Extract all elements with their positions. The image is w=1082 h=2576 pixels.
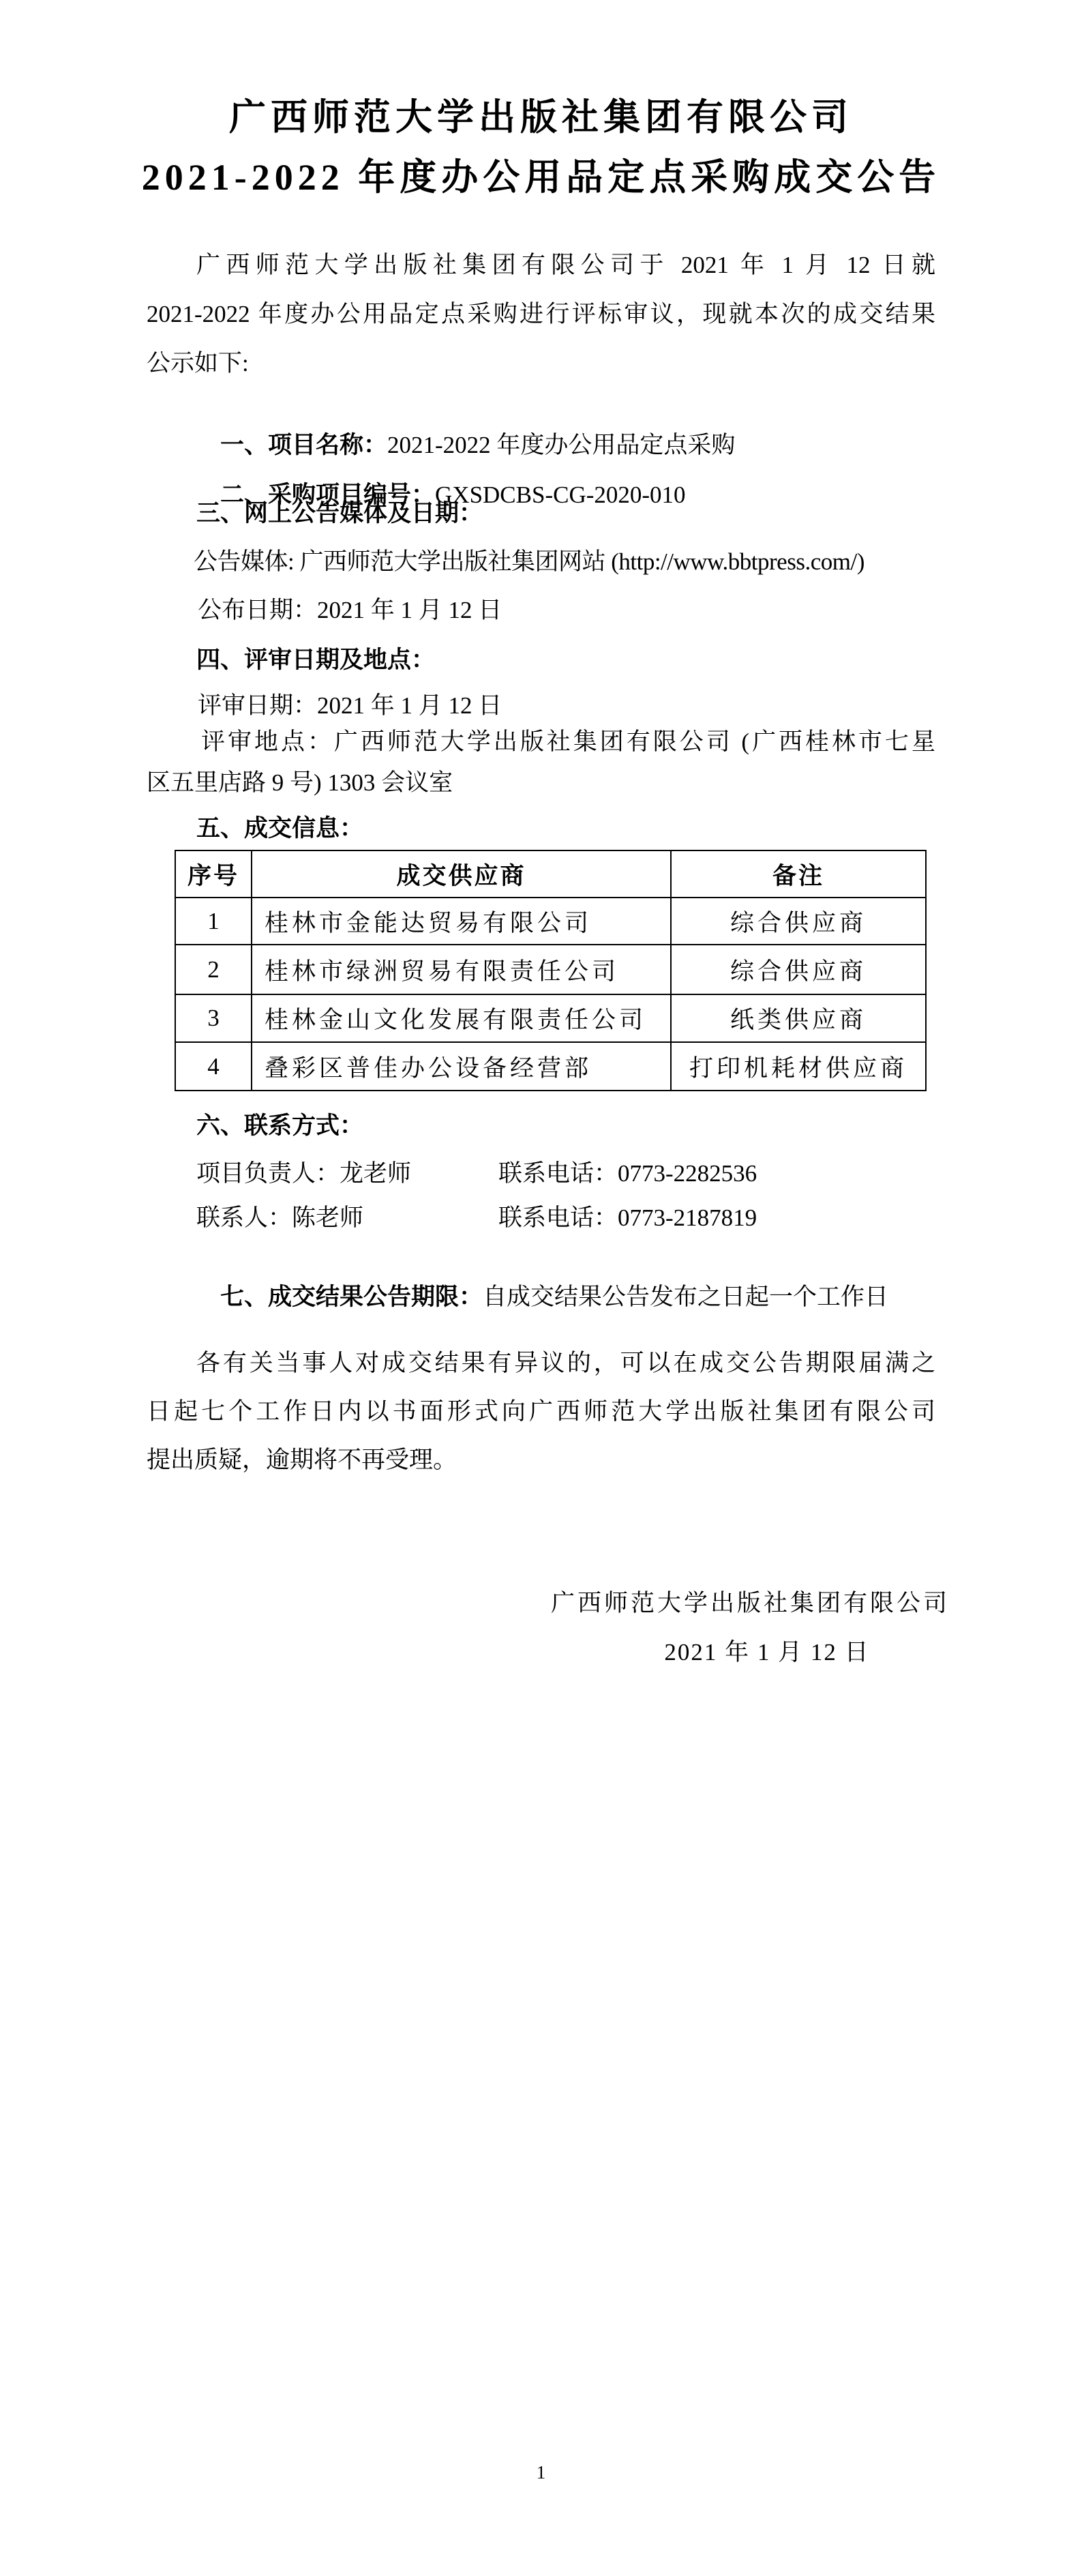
signature-company: 广西师范大学出版社集团有限公司: [409, 1588, 950, 1619]
contact-line-1-phone: 联系电话：0773-2282536: [498, 1158, 757, 1189]
document-page: 广西师范大学出版社集团有限公司 2021-2022 年度办公用品定点采购成交公告…: [0, 0, 1082, 2576]
table-row: 4 叠彩区普佳办公设备经营部 打印机耗材供应商: [175, 1042, 926, 1091]
table-header-row: 序号 成交供应商 备注: [175, 850, 926, 898]
section-5-heading: 五、成交信息：: [196, 813, 363, 844]
intro-line-3: 公示如下:: [147, 348, 249, 379]
closing-line-3: 提出质疑，逾期将不再受理。: [147, 1445, 457, 1476]
page-title-line2: 2021-2022 年度办公用品定点采购成交公告: [0, 156, 1082, 199]
intro-line-1: 广西师范大学出版社集团有限公司于 2021 年 1 月 12 日就: [147, 250, 935, 281]
contact-line-2-phone: 联系电话：0773-2187819: [498, 1202, 757, 1234]
section-6-heading: 六、联系方式：: [196, 1110, 363, 1142]
review-place-line-2: 区五里店路 9 号) 1303 会议室: [147, 767, 453, 799]
intro-line-2: 2021-2022 年度办公用品定点采购进行评标审议，现就本次的成交结果: [147, 299, 935, 330]
row-remark: 综合供应商: [671, 945, 926, 994]
row-index: 3: [175, 994, 252, 1042]
review-date-line: 评审日期：2021 年 1 月 12 日: [198, 690, 502, 722]
row-supplier: 叠彩区普佳办公设备经营部: [252, 1042, 671, 1091]
table-row: 2 桂林市绿洲贸易有限责任公司 综合供应商: [175, 945, 926, 994]
row-supplier: 桂林市金能达贸易有限公司: [252, 898, 671, 945]
contact-line-1-left: 项目负责人：龙老师: [196, 1158, 411, 1189]
table-row: 1 桂林市金能达贸易有限公司 综合供应商: [175, 898, 926, 945]
closing-line-1: 各有关当事人对成交结果有异议的，可以在成交公告期限届满之: [147, 1348, 935, 1379]
publish-date-line: 公布日期：2021 年 1 月 12 日: [198, 595, 502, 626]
row-supplier: 桂林金山文化发展有限责任公司: [252, 994, 671, 1042]
section-4-heading: 四、评审日期及地点：: [196, 645, 435, 676]
col-header-index: 序号: [175, 850, 252, 898]
row-remark: 打印机耗材供应商: [671, 1042, 926, 1091]
row-remark: 综合供应商: [671, 898, 926, 945]
col-header-supplier: 成交供应商: [252, 850, 671, 898]
contact-line-2-left: 联系人：陈老师: [196, 1202, 363, 1234]
section-3-heading: 三、网上公告媒体及日期：: [196, 498, 483, 529]
row-index: 4: [175, 1042, 252, 1091]
section-7-heading: 七、成交结果公告期限：: [220, 1284, 483, 1310]
page-number: 1: [0, 2457, 1082, 2488]
announcement-media-line: 公告媒体: 广西师范大学出版社集团网站 (http://www.bbtpress…: [194, 546, 865, 578]
closing-line-2: 日起七个工作日内以书面形式向广西师范大学出版社集团有限公司: [147, 1396, 935, 1427]
section-7-line: 七、成交结果公告期限：自成交结果公告发布之日起一个工作日: [196, 1250, 888, 1344]
row-index: 2: [175, 945, 252, 994]
table-row: 3 桂林金山文化发展有限责任公司 纸类供应商: [175, 994, 926, 1042]
signature-date: 2021 年 1 月 12 日: [655, 1637, 880, 1668]
col-header-remark: 备注: [671, 850, 926, 898]
row-index: 1: [175, 898, 252, 945]
row-remark: 纸类供应商: [671, 994, 926, 1042]
row-supplier: 桂林市绿洲贸易有限责任公司: [252, 945, 671, 994]
award-table: 序号 成交供应商 备注 1 桂林市金能达贸易有限公司 综合供应商 2 桂林市绿洲…: [175, 850, 927, 1091]
page-title-line1: 广西师范大学出版社集团有限公司: [0, 95, 1082, 139]
review-place-line-1: 评审地点：广西师范大学出版社集团有限公司 (广西桂林市七星: [147, 726, 935, 758]
section-7-text: 自成交结果公告发布之日起一个工作日: [483, 1284, 888, 1310]
